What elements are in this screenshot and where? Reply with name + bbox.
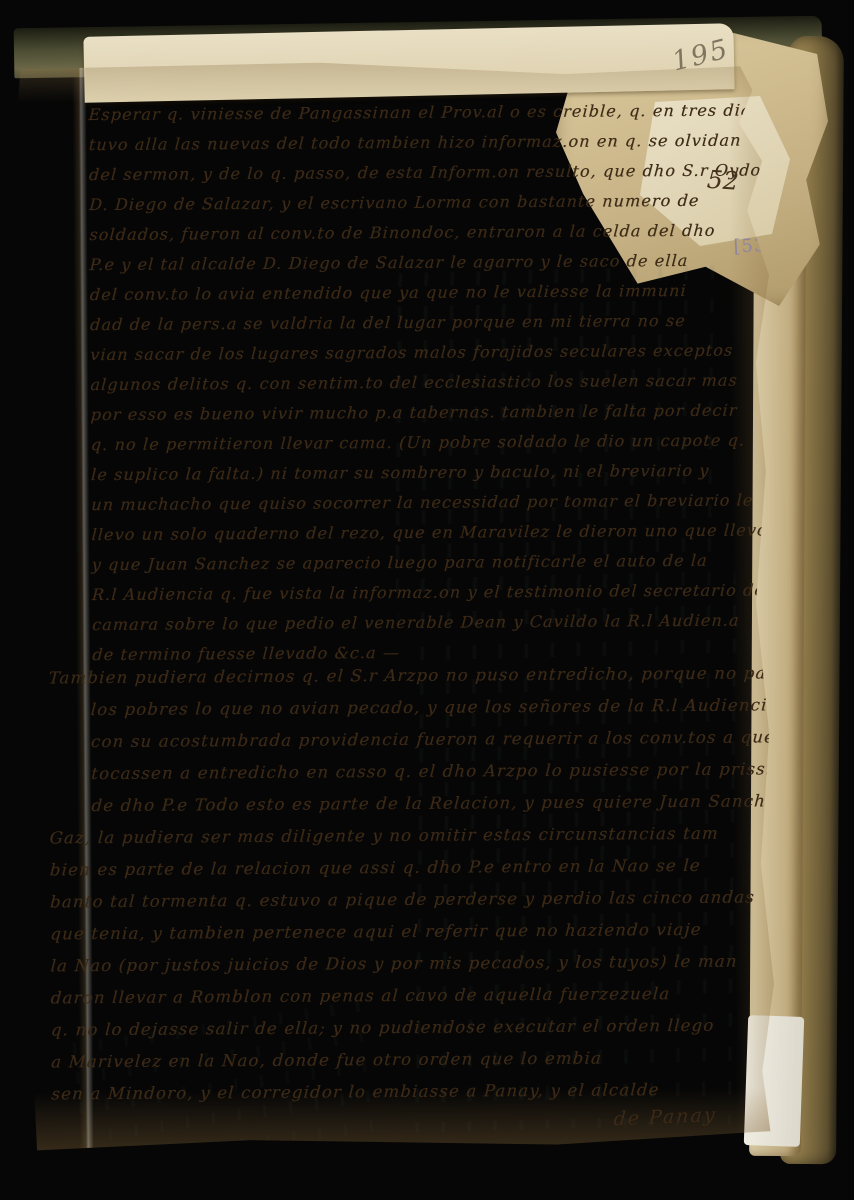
manuscript-paragraph-2: Tambien pudiera decirnos q. el S.r Arzpo…: [48, 657, 834, 1110]
manuscript-line: vian sacar de los lugares sagrados malos…: [89, 335, 772, 370]
manuscript-line: sen a Mindoro, y el corregidor lo embias…: [50, 1073, 835, 1110]
manuscript-line: Esperar q. viniesse de Pangassinan el Pr…: [88, 95, 771, 130]
manuscript-line: y que Juan Sanchez se aparecio luego par…: [91, 545, 774, 580]
manuscript-line: del conv.to lo avia entendido que ya que…: [89, 275, 772, 310]
manuscript-line: le suplico la falta.) ni tomar su sombre…: [90, 455, 773, 490]
manuscript-line: los pobres lo que no avian pecado, y que…: [90, 689, 833, 726]
manuscript-line: algunos delitos q. con sentim.to del ecc…: [90, 365, 773, 400]
manuscript-page: Esperar q. viniesse de Pangassinan el Pr…: [14, 57, 786, 1152]
manuscript-line: con su acostumbrada providencia fueron a…: [90, 721, 833, 758]
manuscript-line: tuvo alla las nuevas del todo tambien hi…: [88, 125, 771, 160]
manuscript-line: q. no le permitieron llevar cama. (Un po…: [90, 425, 773, 460]
folio-number-ink: 52: [706, 165, 740, 196]
manuscript-line: de dho P.e Todo esto es parte de la Rela…: [90, 785, 833, 822]
manuscript-line: R.l Audiencia q. fue vista la informaz.o…: [91, 575, 774, 610]
manuscript-line: llevo un solo quaderno del rezo, que en …: [91, 515, 774, 550]
manuscript-paragraph-1: Esperar q. viniesse de Pangassinan el Pr…: [88, 95, 773, 670]
manuscript-line: P.e y el tal alcalde D. Diego de Salazar…: [89, 245, 772, 280]
manuscript-line: del sermon, y de lo q. passo, de esta In…: [88, 155, 771, 190]
manuscript-photograph: 195 Esperar q. viniesse de Pangassinan e…: [0, 0, 854, 1200]
manuscript-line: soldados, fueron al conv.to de Binondoc,…: [88, 215, 771, 250]
manuscript-line: dad de la pers.a se valdria la del lugar…: [89, 305, 772, 340]
manuscript-line: tocassen a entredicho en casso q. el dho…: [90, 753, 833, 790]
manuscript-line: por esso es bueno vivir mucho p.a tabern…: [90, 395, 773, 430]
manuscript-line: un muchacho que quiso socorrer la necess…: [90, 485, 773, 520]
manuscript-line: camara sobre lo que pedio el venerable D…: [91, 605, 774, 640]
catchword-de-panay: de Panay: [613, 1104, 717, 1130]
manuscript-line: D. Diego de Salazar, y el escrivano Lorm…: [88, 185, 771, 220]
